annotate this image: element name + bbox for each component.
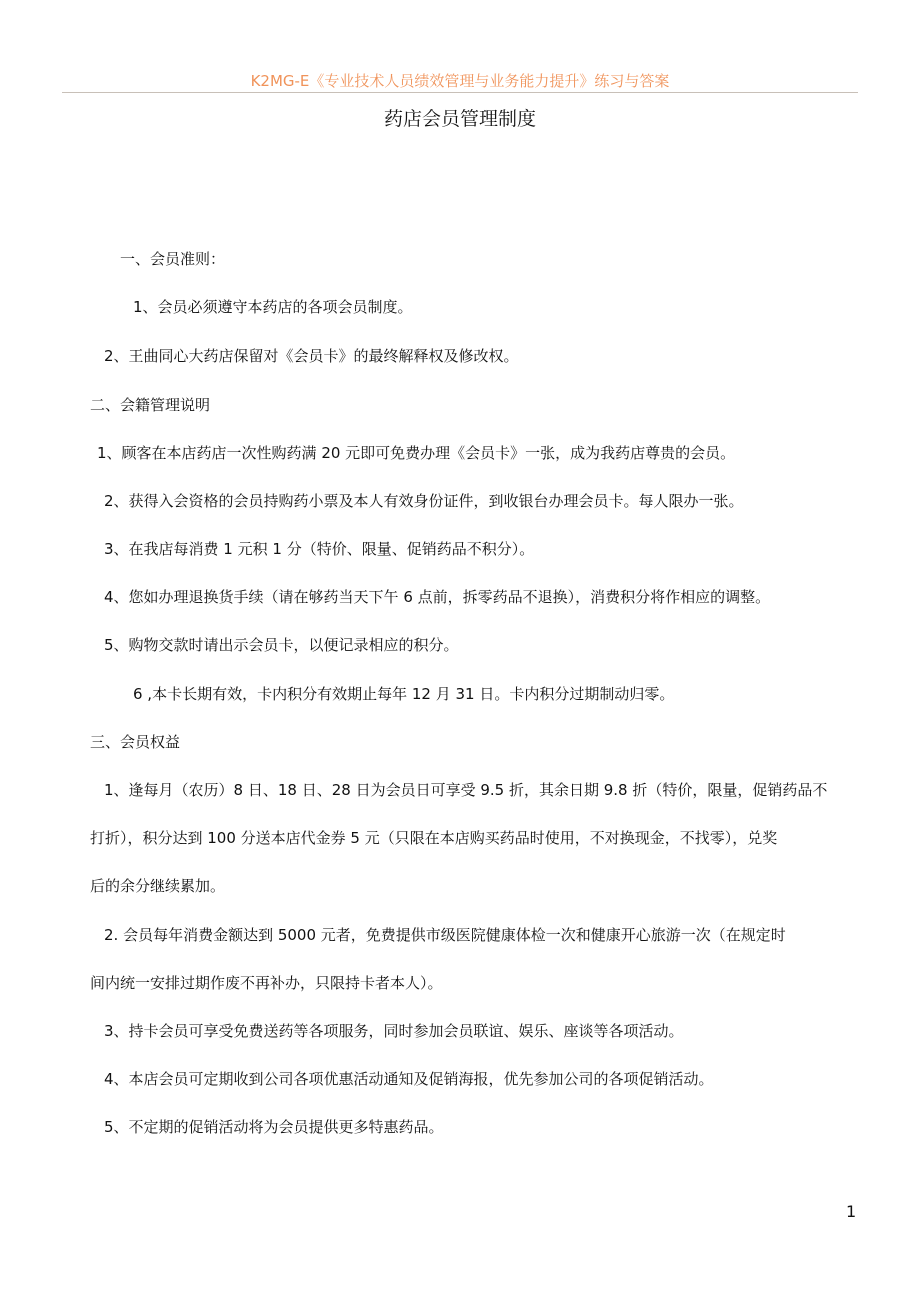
paragraph-line: 一、会员准则： xyxy=(120,248,225,269)
paragraph-line: 1、逢每月（农历）8 日、18 日、28 日为会员日可享受 9.5 折，其余日期… xyxy=(104,779,827,800)
paragraph-line: 5、购物交款时请出示会员卡，以便记录相应的积分。 xyxy=(104,634,459,655)
paragraph-line: 间内统一安排过期作废不再补办，只限持卡者本人）。 xyxy=(90,972,443,993)
paragraph-line: 1、顾客在本店药店一次性购药满 20 元即可免费办理《会员卡》一张，成为我药店尊… xyxy=(97,442,735,463)
paragraph-line: 三、会员权益 xyxy=(90,731,180,752)
paragraph-line: 后的余分继续累加。 xyxy=(90,875,225,896)
paragraph-line: 打折），积分达到 100 分送本店代金券 5 元（只限在本店购买药品时使用，不对… xyxy=(90,827,777,848)
paragraph-line: 3、持卡会员可享受免费送药等各项服务，同时参加会员联谊、娱乐、座谈等各项活动。 xyxy=(104,1020,684,1041)
page-title: 药店会员管理制度 xyxy=(0,104,920,131)
paragraph-line: 5、不定期的促销活动将为会员提供更多特惠药品。 xyxy=(104,1116,444,1137)
paragraph-line: 1、会员必须遵守本药店的各项会员制度。 xyxy=(133,296,413,317)
paragraph-line: 2. 会员每年消费金额达到 5000 元者，免费提供市级医院健康体检一次和健康开… xyxy=(104,924,786,945)
paragraph-line: 2、王曲同心大药店保留对《会员卡》的最终解释权及修改权。 xyxy=(104,345,519,366)
paragraph-line: 4、本店会员可定期收到公司各项优惠活动通知及促销海报，优先参加公司的各项促销活动… xyxy=(104,1068,714,1089)
paragraph-line: 2、获得入会资格的会员持购药小票及本人有效身份证件，到收银台办理会员卡。每人限办… xyxy=(104,490,744,511)
header-divider xyxy=(62,92,858,93)
paragraph-line: 3、在我店每消费 1 元积 1 分（特价、限量、促销药品不积分）。 xyxy=(104,538,534,559)
paragraph-line: 二、会籍管理说明 xyxy=(90,394,210,415)
running-header: K2MG-E《专业技术人员绩效管理与业务能力提升》练习与答案 xyxy=(0,70,920,91)
paragraph-line: 6 ,本卡长期有效，卡内积分有效期止每年 12 月 31 日。卡内积分过期制动归… xyxy=(133,683,674,704)
page-number: 1 xyxy=(846,1202,856,1221)
paragraph-line: 4、您如办理退换货手续（请在够药当天下午 6 点前，拆零药品不退换），消费积分将… xyxy=(104,586,770,607)
